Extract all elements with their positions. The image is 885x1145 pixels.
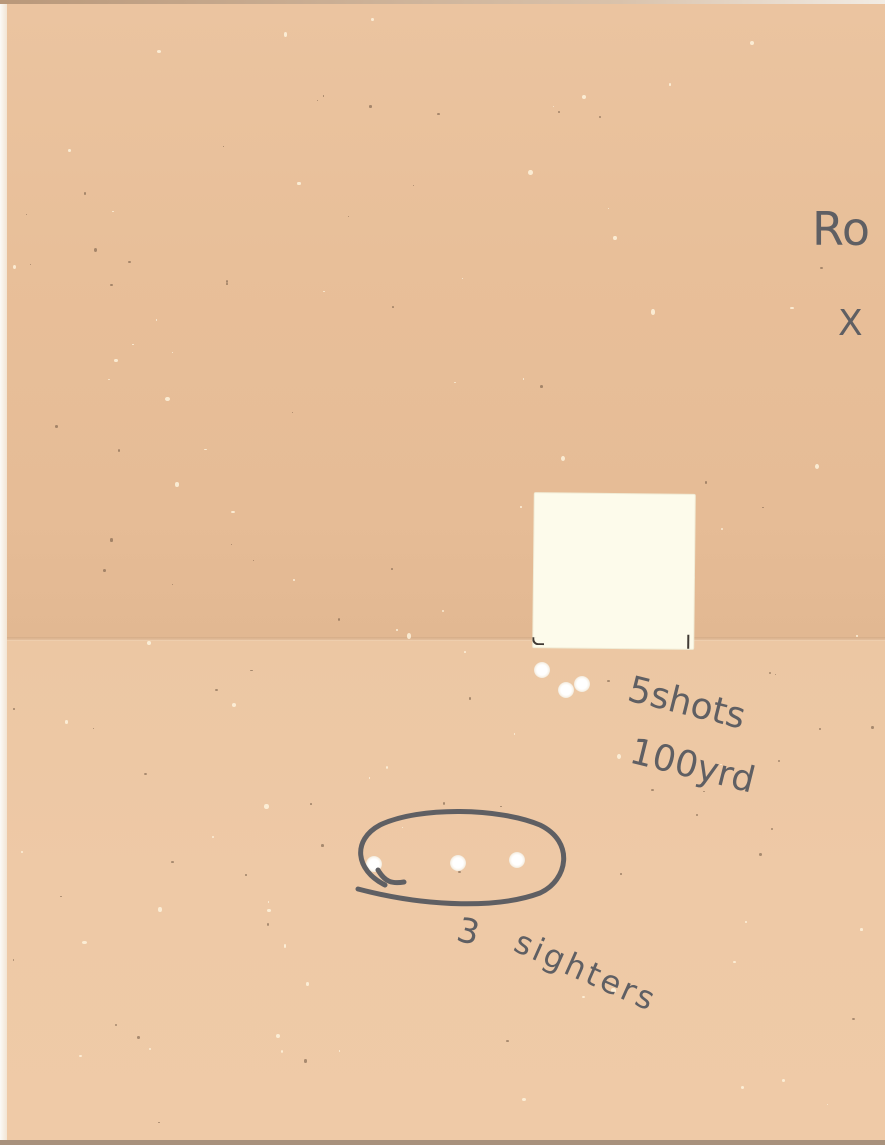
sighter-hole xyxy=(509,852,525,868)
speck xyxy=(371,18,374,22)
speck xyxy=(745,921,746,923)
speck xyxy=(147,641,151,645)
speck xyxy=(458,871,460,873)
speck xyxy=(212,836,214,838)
speck xyxy=(304,1059,307,1062)
speck xyxy=(769,672,771,674)
speck xyxy=(442,610,444,612)
speck xyxy=(871,726,873,729)
speck xyxy=(13,959,14,961)
speck xyxy=(651,309,655,314)
speck xyxy=(276,1034,280,1038)
speck xyxy=(369,105,372,107)
speck xyxy=(158,907,162,911)
speck xyxy=(306,982,309,986)
scan-top-edge xyxy=(0,0,885,4)
speck xyxy=(391,568,393,570)
speck xyxy=(413,185,414,186)
speck xyxy=(582,95,586,99)
cardboard-lower-panel xyxy=(6,640,885,1140)
speck xyxy=(856,635,857,636)
speck xyxy=(443,802,445,805)
speck xyxy=(65,720,68,723)
speck xyxy=(771,828,773,830)
speck xyxy=(553,106,554,107)
speck xyxy=(815,464,819,469)
speck xyxy=(464,651,466,653)
speck xyxy=(762,507,764,508)
aiming-sticker xyxy=(533,493,695,649)
speck xyxy=(852,1018,855,1020)
scanned-target: Ro X 5shots 100yrd 3 sighters xyxy=(0,0,885,1145)
bullet-hole xyxy=(534,662,550,678)
sticker-corner-mark xyxy=(687,635,689,649)
speck xyxy=(110,538,113,541)
speck xyxy=(110,284,112,286)
scan-bottom-edge xyxy=(0,1140,885,1145)
speck xyxy=(407,633,411,638)
speck xyxy=(171,861,174,863)
speck xyxy=(500,806,501,807)
speck xyxy=(733,961,736,963)
speck xyxy=(297,182,300,186)
speck xyxy=(226,283,228,284)
speck xyxy=(293,579,295,581)
bullet-hole xyxy=(574,676,590,692)
speck xyxy=(696,814,697,816)
speck xyxy=(284,32,287,36)
scan-left-margin xyxy=(0,0,7,1145)
speck xyxy=(310,803,312,805)
speck xyxy=(620,873,622,874)
speck xyxy=(611,988,616,992)
speck xyxy=(321,844,324,847)
cardboard-upper-panel xyxy=(6,4,885,640)
speck xyxy=(561,456,565,461)
speck xyxy=(469,697,471,699)
fold-line xyxy=(6,637,885,641)
speck xyxy=(759,853,762,857)
speck xyxy=(137,1036,140,1039)
speck xyxy=(55,425,58,428)
speck xyxy=(582,996,585,998)
speck xyxy=(144,773,147,775)
speck xyxy=(402,827,403,828)
speck xyxy=(112,211,113,212)
speck xyxy=(369,777,370,778)
speck xyxy=(284,944,286,947)
speck xyxy=(264,804,268,808)
speck xyxy=(245,874,246,876)
sticker-corner-mark xyxy=(532,637,544,645)
speck xyxy=(617,754,621,759)
speck xyxy=(437,113,440,115)
speck xyxy=(115,1024,117,1026)
speck xyxy=(267,909,271,912)
speck xyxy=(820,267,823,270)
speck xyxy=(292,412,293,413)
speck xyxy=(165,397,169,401)
bullet-hole xyxy=(558,682,574,698)
speck xyxy=(860,928,862,931)
speck xyxy=(705,481,707,483)
speck xyxy=(175,482,180,487)
sighter-hole xyxy=(366,856,382,872)
speck xyxy=(79,1055,81,1057)
sighter-hole xyxy=(450,855,466,871)
